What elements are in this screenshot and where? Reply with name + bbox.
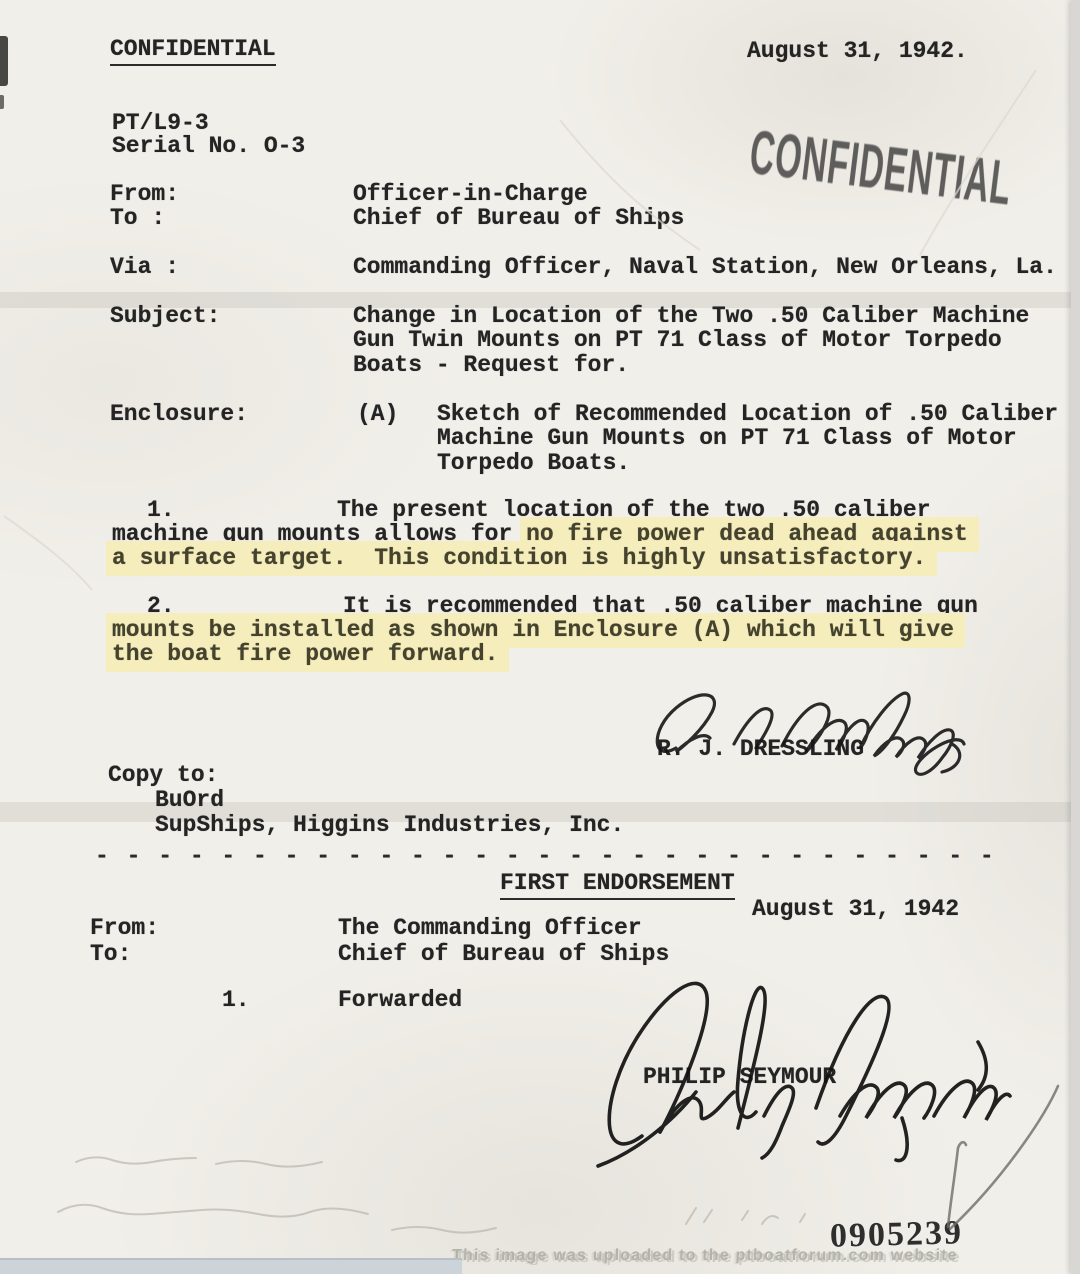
pen-check-stroke — [948, 1086, 1058, 1229]
scanned-memo-page: CONFIDENTIAL August 31, 1942. CONFIDENTI… — [0, 0, 1080, 1274]
paper-creases — [4, 70, 1036, 590]
scan-right-edge — [1071, 0, 1080, 1274]
pencil-marks — [58, 1157, 805, 1232]
scan-edge-mark — [0, 36, 8, 86]
ink-overlay — [0, 0, 1080, 1274]
scan-bottom-edge — [0, 1258, 462, 1274]
seymour-signature-script — [598, 983, 1010, 1166]
dressling-signature-script — [657, 693, 964, 774]
scan-edge-mark — [0, 95, 4, 109]
